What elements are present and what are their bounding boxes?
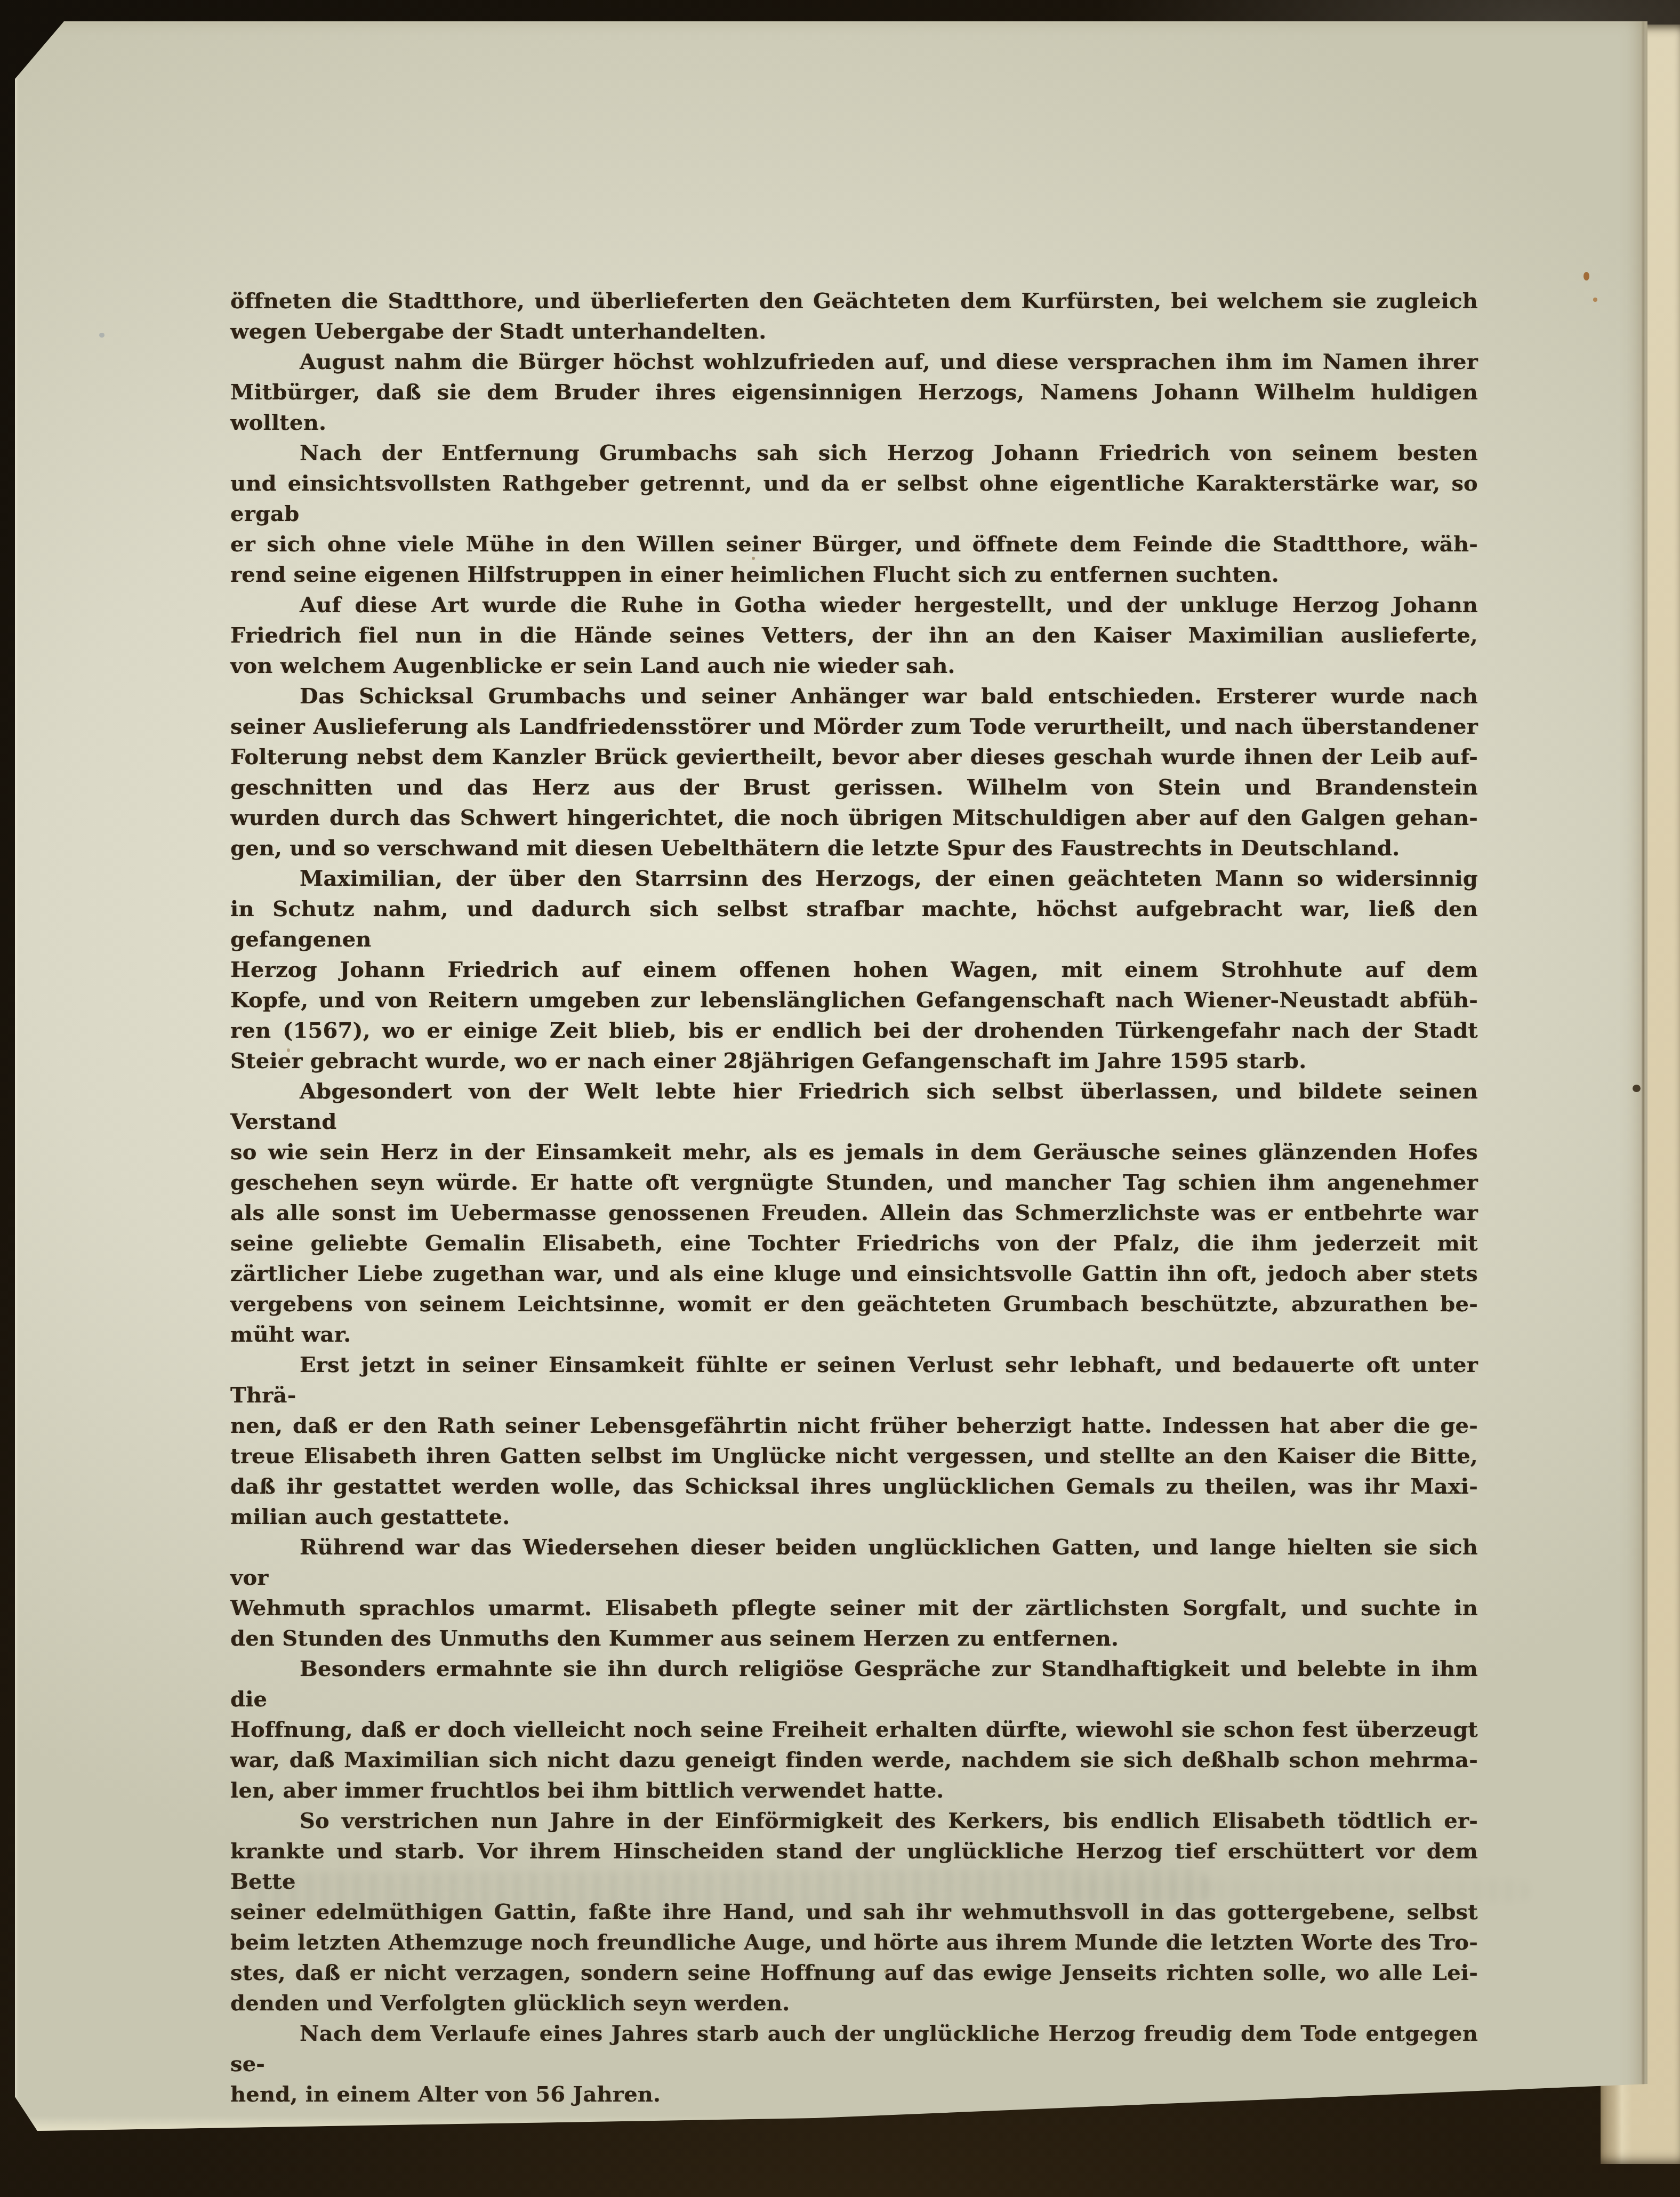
text-line: denden und Verfolgten glücklich seyn wer… <box>230 1988 1478 2018</box>
paper-speck <box>507 1783 509 1786</box>
text-line: Hoffnung, daß er doch vielleicht noch se… <box>230 1714 1478 1745</box>
text-line: müht war. <box>230 1319 1478 1350</box>
text-line: ren (1567), wo er einige Zeit blieb, bis… <box>230 1015 1478 1046</box>
paper-speck <box>1593 298 1597 302</box>
paper-speck <box>1583 272 1589 280</box>
paper-speck <box>287 1048 290 1052</box>
text-line: wurden durch das Schwert hingerichtet, d… <box>230 803 1478 833</box>
text-line: öffneten die Stadtthore, und überliefert… <box>230 286 1478 316</box>
text-line: von welchem Augenblicke er sein Land auc… <box>230 651 1478 681</box>
text-line: nen, daß er den Rath seiner Lebensgefähr… <box>230 1410 1478 1441</box>
paper-speck <box>1633 1085 1641 1092</box>
text-line: in Schutz nahm, und dadurch sich selbst … <box>230 894 1478 955</box>
paper-speck <box>1315 2034 1320 2038</box>
text-line: geschehen seyn würde. Er hatte oft vergn… <box>230 1167 1478 1198</box>
text-line: Mitbürger, daß sie dem Bruder ihres eige… <box>230 377 1478 407</box>
text-line: wollten. <box>230 407 1478 438</box>
text-line: als alle sonst im Uebermasse genossenen … <box>230 1198 1478 1228</box>
text-line: den Stunden des Unmuths den Kummer aus s… <box>230 1623 1478 1654</box>
text-line: Steier gebracht wurde, wo er nach einer … <box>230 1046 1478 1076</box>
text-line: stes, daß er nicht verzagen, sondern sei… <box>230 1958 1478 1988</box>
text-line: hend, in einem Alter von 56 Jahren. <box>230 2079 1478 2110</box>
page-text: öffneten die Stadtthore, und überliefert… <box>230 286 1478 2110</box>
text-line: zärtlicher Liebe zugethan war, und als e… <box>230 1258 1478 1289</box>
text-line: seine geliebte Gemalin Elisabeth, eine T… <box>230 1228 1478 1258</box>
text-line: Folterung nebst dem Kanzler Brück gevier… <box>230 742 1478 772</box>
ink-showthrough <box>239 1868 1209 1912</box>
text-line: len, aber immer fruchtlos bei ihm bittli… <box>230 1775 1478 1806</box>
text-line: er sich ohne viele Mühe in den Willen se… <box>230 529 1478 559</box>
text-line: Nach der Entfernung Grumbachs sah sich H… <box>230 438 1478 468</box>
text-line: rend seine eigenen Hilfstruppen in einer… <box>230 559 1478 590</box>
text-line: so wie sein Herz in der Einsamkeit mehr,… <box>230 1137 1478 1167</box>
paper-speck <box>99 333 105 338</box>
text-line: geschnitten und das Herz aus der Brust g… <box>230 772 1478 803</box>
text-line: Besonders ermahnte sie ihn durch religiö… <box>230 1654 1478 1714</box>
text-line: wegen Uebergabe der Stadt unterhandelten… <box>230 316 1478 347</box>
text-line: Friedrich fiel nun in die Hände seines V… <box>230 620 1478 651</box>
text-line: Rührend war das Wiedersehen dieser beide… <box>230 1532 1478 1593</box>
paper-speck <box>752 557 755 560</box>
text-line: seiner Auslieferung als Landfriedensstör… <box>230 711 1478 742</box>
text-line: Nach dem Verlaufe eines Jahres starb auc… <box>230 2018 1478 2079</box>
text-line: gen, und so verschwand mit diesen Uebelt… <box>230 833 1478 863</box>
text-line: vergebens von seinem Leichtsinne, womit … <box>230 1289 1478 1319</box>
text-line: war, daß Maximilian sich nicht dazu gene… <box>230 1745 1478 1775</box>
text-line: So verstrichen nun Jahre in der Einförmi… <box>230 1806 1478 1836</box>
text-line: Herzog Johann Friedrich auf einem offene… <box>230 955 1478 985</box>
page-fold-crease <box>1642 21 1644 2132</box>
text-line: Abgesondert von der Welt lebte hier Frie… <box>230 1076 1478 1137</box>
text-line: Kopfe, und von Reitern umgeben zur leben… <box>230 985 1478 1015</box>
page-edge-highlight <box>15 2116 1647 2132</box>
text-line: und einsichtsvollsten Rathgeber getrennt… <box>230 468 1478 529</box>
text-line: Wehmuth sprachlos umarmt. Elisabeth pfle… <box>230 1593 1478 1623</box>
text-line: August nahm die Bürger höchst wohlzufrie… <box>230 347 1478 377</box>
paper-speck <box>884 1970 888 1974</box>
text-line: daß ihr gestattet werden wolle, das Schi… <box>230 1471 1478 1502</box>
text-line: Das Schicksal Grumbachs und seiner Anhän… <box>230 681 1478 711</box>
book-photo: öffneten die Stadtthore, und überliefert… <box>0 0 1680 2197</box>
text-line: Auf diese Art wurde die Ruhe in Gotha wi… <box>230 590 1478 620</box>
text-line: beim letzten Athemzuge noch freundliche … <box>230 1927 1478 1958</box>
text-line: Maximilian, der über den Starrsinn des H… <box>230 863 1478 894</box>
book-page: öffneten die Stadtthore, und überliefert… <box>15 21 1647 2132</box>
text-line: treue Elisabeth ihren Gatten selbst im U… <box>230 1441 1478 1471</box>
text-line: milian auch gestattete. <box>230 1502 1478 1532</box>
ink-showthrough <box>1071 1880 1529 1902</box>
text-line: Erst jetzt in seiner Einsamkeit fühlte e… <box>230 1350 1478 1410</box>
